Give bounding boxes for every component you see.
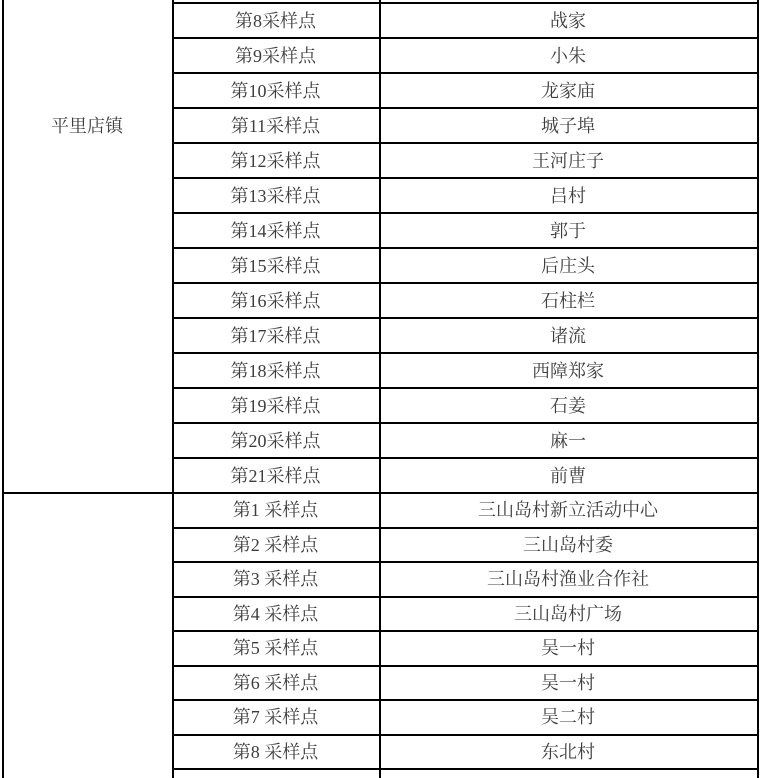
location-cell: 西障郑家 bbox=[379, 354, 757, 387]
table-row: 第14采样点 郭于 bbox=[172, 212, 757, 247]
sampling-point-cell: 第19采样点 bbox=[172, 389, 379, 422]
table-row: 第7 采样点 吴二村 bbox=[172, 699, 757, 734]
location-cell: 城子埠 bbox=[379, 109, 757, 142]
sampling-point-cell: 第5 采样点 bbox=[172, 632, 379, 665]
table-row: 第1 采样点 三山岛村新立活动中心 bbox=[172, 492, 757, 527]
sampling-point-cell: 第17采样点 bbox=[172, 319, 379, 352]
sampling-point-cell: 第8采样点 bbox=[172, 4, 379, 37]
table-row: 第2 采样点 三山岛村委 bbox=[172, 527, 757, 562]
table-row: 第19采样点 石姜 bbox=[172, 387, 757, 422]
table-row: 第15采样点 后庄头 bbox=[172, 247, 757, 282]
sampling-point-cell: 第21采样点 bbox=[172, 459, 379, 492]
location-cell: 三山岛村委 bbox=[379, 529, 757, 562]
table-row: 第12采样点 王河庄子 bbox=[172, 142, 757, 177]
table-row: 第21采样点 前曹 bbox=[172, 457, 757, 492]
location-cell: 石姜 bbox=[379, 389, 757, 422]
table-row: 第16采样点 石柱栏 bbox=[172, 282, 757, 317]
table-row: 第10采样点 龙家庙 bbox=[172, 72, 757, 107]
location-cell: 吴一村 bbox=[379, 667, 757, 700]
location-cell: 吴一村 bbox=[379, 632, 757, 665]
sampling-point-cell: 第8 采样点 bbox=[172, 736, 379, 769]
document-page: 平里店镇 第8采样点 战家 第9采样点 小朱 第10采样点 龙家庙 第11采样点… bbox=[0, 0, 764, 778]
table-border-right bbox=[757, 0, 759, 778]
sampling-point-cell: 第7 采样点 bbox=[172, 701, 379, 734]
table-row: 第11采样点 城子埠 bbox=[172, 107, 757, 142]
sampling-point-cell: 第13采样点 bbox=[172, 179, 379, 212]
table-row: 第6 采样点 吴一村 bbox=[172, 665, 757, 700]
table-row: 第8采样点 战家 bbox=[172, 2, 757, 37]
sampling-point-cell: 第2 采样点 bbox=[172, 529, 379, 562]
sampling-point-cell: 第9采样点 bbox=[172, 39, 379, 72]
table-row: 第4 采样点 三山岛村广场 bbox=[172, 596, 757, 631]
location-cell: 三山岛村渔业合作社 bbox=[379, 563, 757, 596]
table-row: 第20采样点 麻一 bbox=[172, 422, 757, 457]
table-row: 第18采样点 西障郑家 bbox=[172, 352, 757, 387]
sampling-point-cell: 第6 采样点 bbox=[172, 667, 379, 700]
location-cell: 石柱栏 bbox=[379, 284, 757, 317]
location-cell: 后庄头 bbox=[379, 249, 757, 282]
table-row: 第8 采样点 东北村 bbox=[172, 734, 757, 769]
sampling-point-cell: 第18采样点 bbox=[172, 354, 379, 387]
sampling-point-cell: 第3 采样点 bbox=[172, 563, 379, 596]
location-cell: 东北村 bbox=[379, 736, 757, 769]
location-cell: 吴二村 bbox=[379, 701, 757, 734]
location-cell: 前曹 bbox=[379, 459, 757, 492]
location-cell: 王河庄子 bbox=[379, 144, 757, 177]
table-row: 第3 采样点 三山岛村渔业合作社 bbox=[172, 561, 757, 596]
table-row: 第13采样点 吕村 bbox=[172, 177, 757, 212]
location-cell: 麻一 bbox=[379, 424, 757, 457]
sampling-point-cell: 第12采样点 bbox=[172, 144, 379, 177]
sampling-point-cell: 第16采样点 bbox=[172, 284, 379, 317]
table-row: 第5 采样点 吴一村 bbox=[172, 630, 757, 665]
location-cell: 龙家庙 bbox=[379, 74, 757, 107]
sampling-point-cell: 第4 采样点 bbox=[172, 598, 379, 631]
sampling-point-cell: 第11采样点 bbox=[172, 109, 379, 142]
location-cell: 三山岛村新立活动中心 bbox=[379, 494, 757, 527]
location-cell: 吕村 bbox=[379, 179, 757, 212]
last-row-bottom-line bbox=[172, 768, 757, 770]
location-cell: 诸流 bbox=[379, 319, 757, 352]
table-row: 第9采样点 小朱 bbox=[172, 37, 757, 72]
table-row: 第17采样点 诸流 bbox=[172, 317, 757, 352]
location-cell: 小朱 bbox=[379, 39, 757, 72]
town-label: 平里店镇 bbox=[2, 116, 172, 138]
sampling-point-cell: 第15采样点 bbox=[172, 249, 379, 282]
location-cell: 战家 bbox=[379, 4, 757, 37]
location-cell: 三山岛村广场 bbox=[379, 598, 757, 631]
sampling-point-cell: 第20采样点 bbox=[172, 424, 379, 457]
sampling-point-cell: 第10采样点 bbox=[172, 74, 379, 107]
sampling-point-cell: 第14采样点 bbox=[172, 214, 379, 247]
location-cell: 郭于 bbox=[379, 214, 757, 247]
sampling-point-cell: 第1 采样点 bbox=[172, 494, 379, 527]
